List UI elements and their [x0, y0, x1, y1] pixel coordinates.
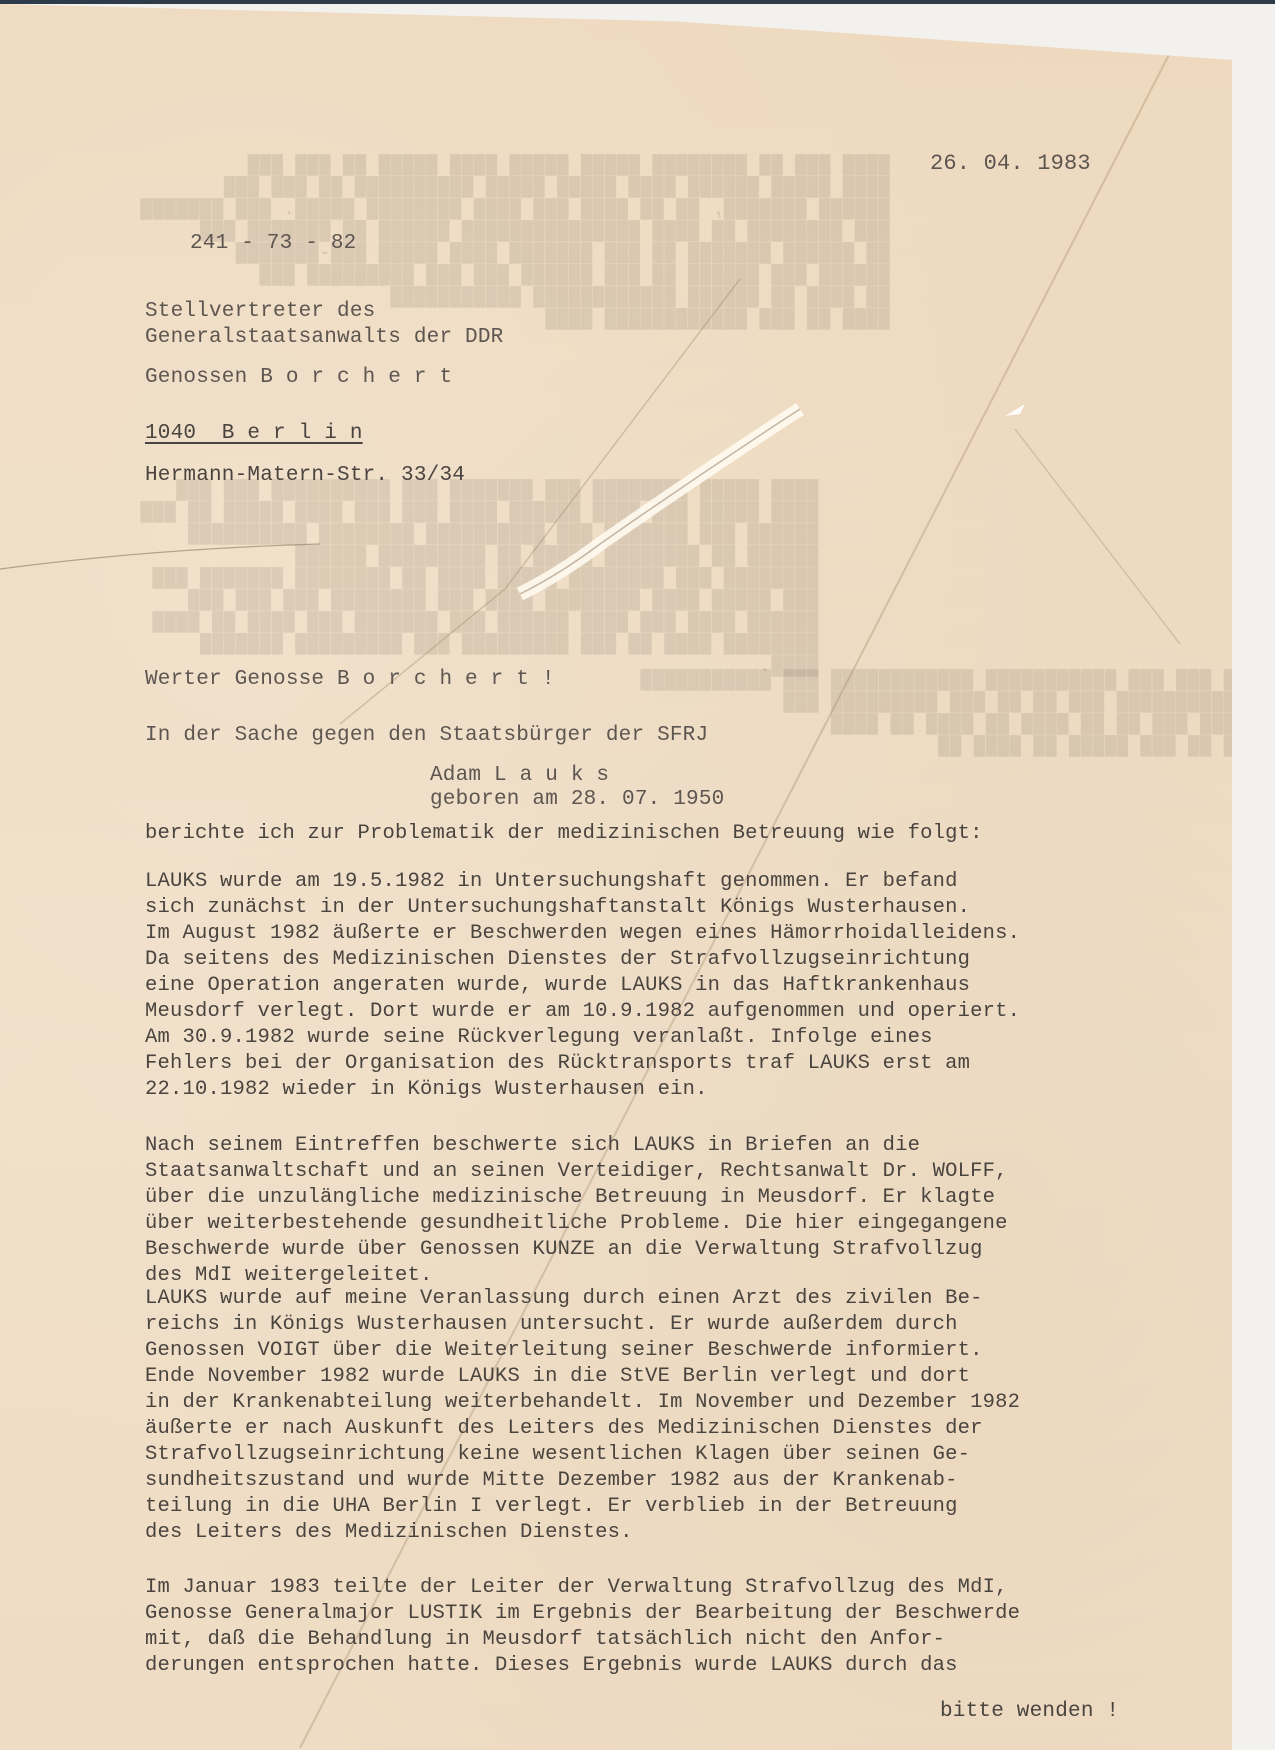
- paragraph-line: eine Operation angeraten wurde, wurde LA…: [145, 974, 970, 998]
- paragraph-line: Am 30.9.1982 wurde seine Rückverlegung v…: [145, 1026, 933, 1050]
- paragraph-line: LAUKS wurde auf meine Veranlassung durch…: [145, 1287, 983, 1311]
- paragraph-line: Nach seinem Eintreffen beschwerte sich L…: [145, 1134, 920, 1158]
- paragraph-line: Meusdorf verlegt. Dort wurde er am 10.9.…: [145, 1000, 1020, 1024]
- salutation: Werter Genosse B o r c h e r t !: [145, 668, 555, 692]
- paragraph-line: des Leiters des Medizinischen Dienstes.: [145, 1521, 633, 1545]
- subject-lead: berichte ich zur Problematik der medizin…: [145, 822, 983, 846]
- paragraph-line: teilung in die UHA Berlin I verlegt. Er …: [145, 1495, 958, 1519]
- letter-page: ████ ███ ██ ████████ █████ █████ ████ ██…: [0, 4, 1232, 1750]
- reference-number: 241 - 73 - 82: [190, 232, 356, 256]
- bleed-through-text: ████ ███ ███ ███████████ ████████████ ██…: [640, 669, 1271, 757]
- paragraph-line: Genosse Generalmajor LUSTIK im Ergebnis …: [145, 1602, 1020, 1626]
- paragraph-line: Ende November 1982 wurde LAUKS in die St…: [145, 1365, 970, 1389]
- paragraph-line: LAUKS wurde am 19.5.1982 in Untersuchung…: [145, 870, 958, 894]
- paragraph-line: Fehlers bei der Organisation des Rücktra…: [145, 1052, 970, 1076]
- paragraph-line: reichs in Königs Wusterhausen untersucht…: [145, 1313, 958, 1337]
- paragraph-line: Da seitens des Medizinischen Dienstes de…: [145, 948, 970, 972]
- paragraph-line: des MdI weitergeleitet.: [145, 1264, 433, 1288]
- paragraph-line: mit, daß die Behandlung in Meusdorf tats…: [145, 1628, 945, 1652]
- paragraph-line: über weiterbestehende gesundheitliche Pr…: [145, 1212, 1008, 1236]
- recipient-line-1: Stellvertreter des: [145, 300, 375, 324]
- paragraph-line: Im August 1982 äußerte er Beschwerden we…: [145, 922, 1020, 946]
- subject-intro: In der Sache gegen den Staatsbürger der …: [145, 724, 708, 748]
- letter-date: 26. 04. 1983: [930, 152, 1091, 176]
- subject-name: Adam L a u k s: [430, 764, 609, 788]
- paragraph-line: Im Januar 1983 teilte der Leiter der Ver…: [145, 1576, 1008, 1600]
- paragraph-line: über die unzulängliche medizinische Betr…: [145, 1186, 995, 1210]
- please-turn-over: bitte wenden !: [940, 1700, 1119, 1724]
- paragraph-line: Staatsanwaltschaft und an seinen Verteid…: [145, 1160, 1008, 1184]
- scan-edge: [0, 0, 1275, 4]
- paragraph-line: Beschwerde wurde über Genossen KUNZE an …: [145, 1238, 983, 1262]
- bleed-through-text: ████ █████ ████████ ███ ███████ ███ ████…: [140, 479, 818, 677]
- recipient-line-2: Generalstaatsanwalts der DDR: [145, 326, 503, 350]
- paragraph-line: in der Krankenabteilung weiterbehandelt.…: [145, 1391, 1020, 1415]
- paragraph-line: Strafvollzugseinrichtung keine wesentlic…: [145, 1443, 970, 1467]
- subject-birthdate: geboren am 28. 07. 1950: [430, 788, 724, 812]
- recipient-line-3: Genossen B o r c h e r t: [145, 366, 452, 390]
- paragraph-line: sundheitszustand und wurde Mitte Dezembe…: [145, 1469, 958, 1493]
- paragraph-line: 22.10.1982 wieder in Königs Wusterhausen…: [145, 1078, 708, 1102]
- paragraph-line: äußerte er nach Auskunft des Leiters des…: [145, 1417, 983, 1441]
- paragraph-line: sich zunächst in der Untersuchungshaftan…: [145, 896, 970, 920]
- recipient-street: Hermann-Matern-Str. 33/34: [145, 464, 465, 488]
- paragraph-line: Genossen VOIGT über die Weiterleitung se…: [145, 1339, 983, 1363]
- recipient-city: 1040 B e r l i n: [145, 422, 363, 446]
- paragraph-line: derungen entsprochen hatte. Dieses Ergeb…: [145, 1654, 958, 1678]
